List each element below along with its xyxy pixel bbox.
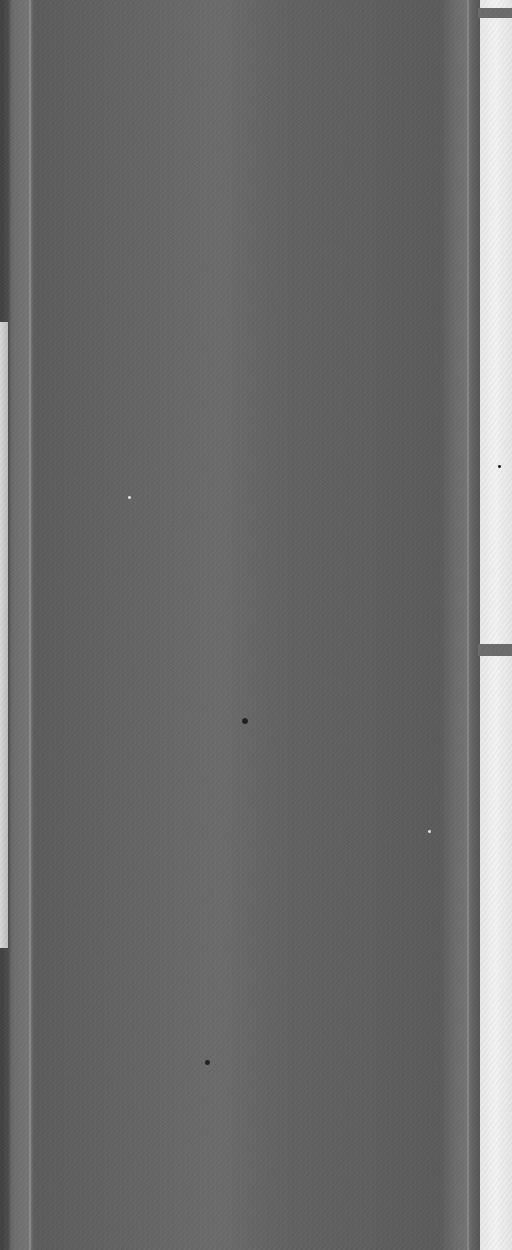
right-curb [467,0,469,1250]
left-curb [29,0,31,1250]
light-spot [428,830,431,833]
left-sidewalk [0,322,8,948]
driveway-notch [478,644,512,656]
road-surface [0,0,512,1250]
dark-spot [498,465,501,468]
driveway-notch [478,8,512,18]
dark-spot [205,1060,210,1065]
light-spot [128,496,131,499]
right-sidewalk [480,0,512,1250]
dark-spot [242,718,248,724]
road-photo [0,0,512,1250]
